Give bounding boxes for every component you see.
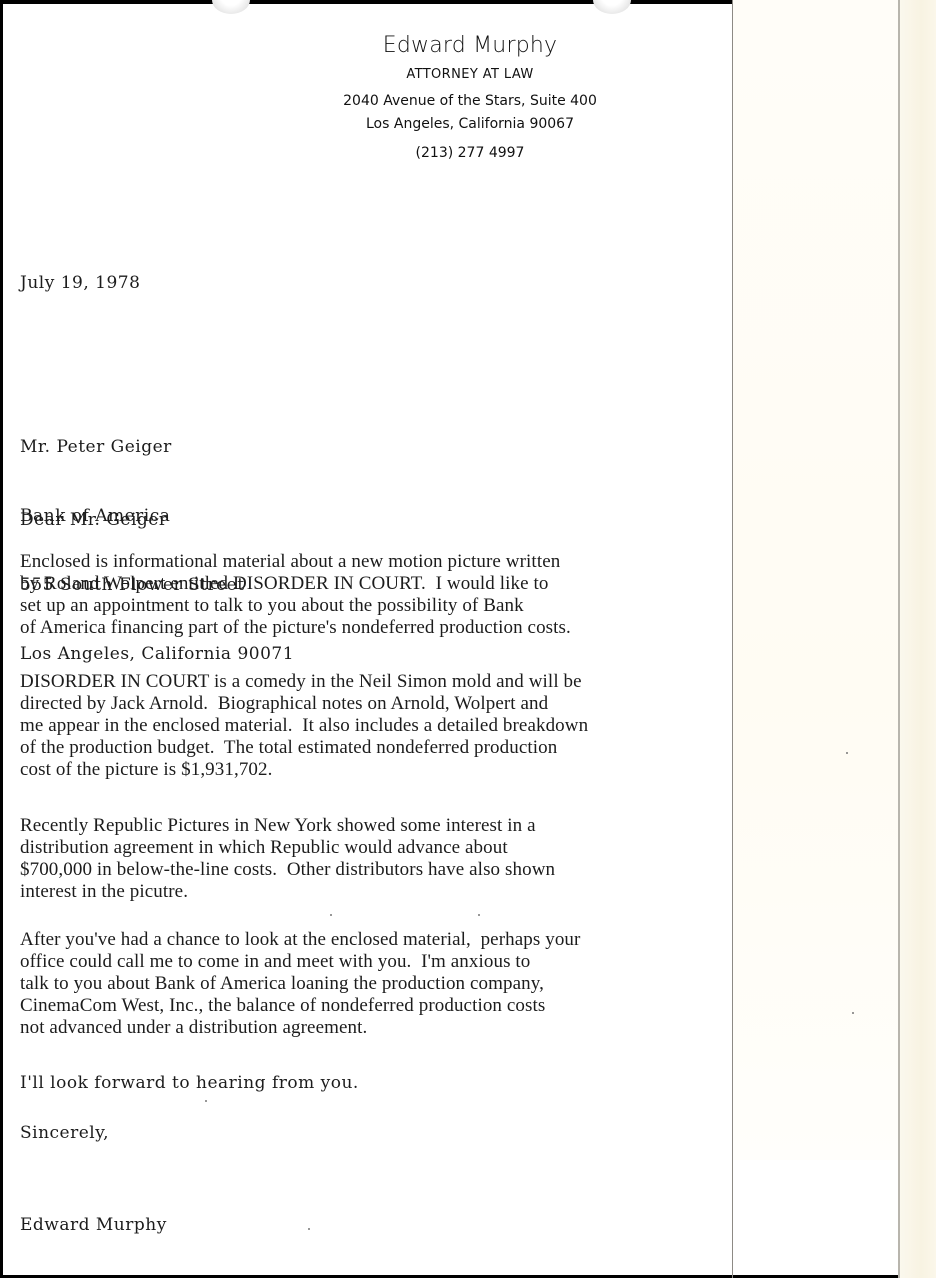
page-edge-strip: [899, 0, 936, 1278]
paragraph-line: by Roland Wolpert entitled DISORDER IN C…: [20, 573, 571, 595]
body-paragraph: DISORDER IN COURT is a comedy in the Nei…: [20, 671, 588, 781]
letterhead-address-line-1: 2040 Avenue of the Stars, Suite 400: [260, 90, 680, 113]
paragraph-line: Recently Republic Pictures in New York s…: [20, 815, 555, 837]
salutation: Dear Mr. Geiger: [20, 509, 167, 532]
paragraph-line: set up an appointment to talk to you abo…: [20, 595, 571, 617]
fold-line: [732, 0, 733, 1278]
paragraph-line: DISORDER IN COURT is a comedy in the Nei…: [20, 671, 588, 693]
scan-speck: [205, 1100, 207, 1102]
scan-speck: [330, 914, 332, 916]
body-paragraph: Recently Republic Pictures in New York s…: [20, 815, 555, 903]
paragraph-line: of America financing part of the picture…: [20, 617, 571, 639]
body-paragraph: Enclosed is informational material about…: [20, 551, 571, 639]
scan-speck: [852, 1012, 854, 1014]
paragraph-line: not advanced under a distribution agreem…: [20, 1017, 580, 1039]
letterhead-name: Edward Murphy: [260, 30, 680, 62]
recipient-city-state-zip: Los Angeles, California 90071: [20, 643, 294, 666]
scan-speck: [846, 752, 848, 754]
scan-speck: [478, 914, 480, 916]
paragraph-line: interest in the picutre.: [20, 881, 555, 903]
scan-speck: [308, 1228, 310, 1230]
letterhead-phone: (213) 277 4997: [260, 142, 680, 164]
paragraph-line: talk to you about Bank of America loanin…: [20, 973, 580, 995]
closing-line: I'll look forward to hearing from you.: [20, 1072, 359, 1095]
recipient-name: Mr. Peter Geiger: [20, 436, 294, 459]
paragraph-line: cost of the picture is $1,931,702.: [20, 759, 588, 781]
page-edge-line: [898, 0, 900, 1278]
paragraph-line: office could call me to come in and meet…: [20, 951, 580, 973]
body-paragraph: After you've had a chance to look at the…: [20, 929, 580, 1039]
paragraph-line: distribution agreement in which Republic…: [20, 837, 555, 859]
paragraph-line: Enclosed is informational material about…: [20, 551, 571, 573]
paragraph-line: directed by Jack Arnold. Biographical no…: [20, 693, 588, 715]
paragraph-line: After you've had a chance to look at the…: [20, 929, 580, 951]
letter-date: July 19, 1978: [20, 272, 140, 295]
paragraph-line: $700,000 in below-the-line costs. Other …: [20, 859, 555, 881]
letterhead-title: ATTORNEY AT LAW: [260, 64, 680, 86]
recipient-block: Mr. Peter Geiger Bank of America 555 Sou…: [20, 390, 294, 689]
valediction: Sincerely,: [20, 1122, 109, 1145]
paragraph-line: CinemaCom West, Inc., the balance of non…: [20, 995, 580, 1017]
letterhead-address-line-2: Los Angeles, California 90067: [260, 113, 680, 136]
signature-name: Edward Murphy: [20, 1214, 167, 1237]
letterhead: Edward Murphy ATTORNEY AT LAW 2040 Avenu…: [260, 30, 680, 164]
page-overlay-tint: [733, 0, 898, 1160]
paragraph-line: of the production budget. The total esti…: [20, 737, 588, 759]
paragraph-line: me appear in the enclosed material. It a…: [20, 715, 588, 737]
